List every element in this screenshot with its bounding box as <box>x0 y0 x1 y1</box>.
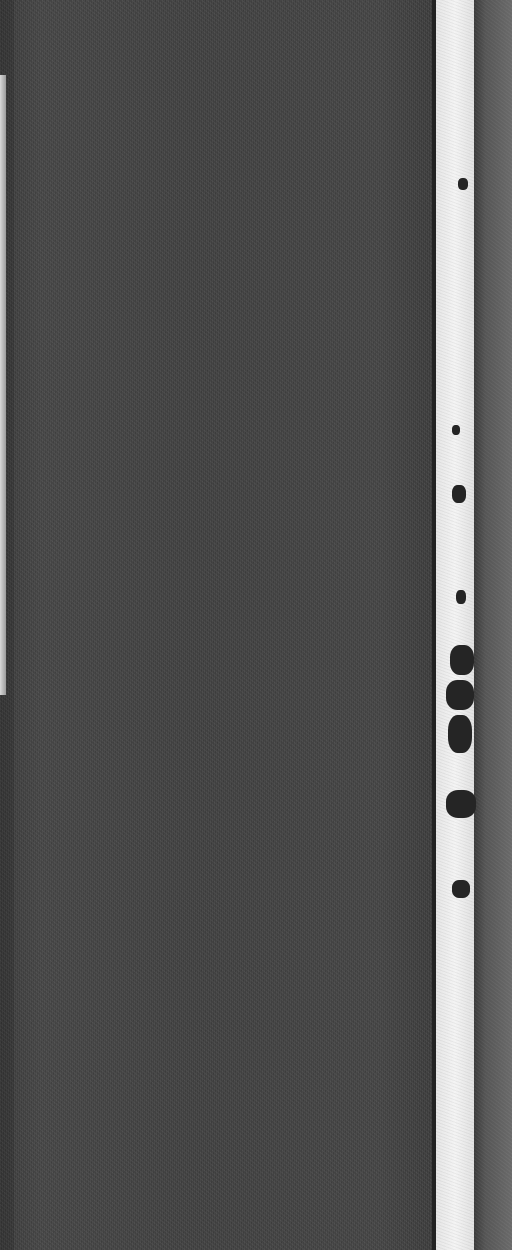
paint-wear-spot <box>446 680 474 710</box>
paint-wear-spot <box>446 790 476 818</box>
paint-wear-spot <box>458 178 468 190</box>
paint-wear-spot <box>450 645 474 675</box>
paint-wear-spot <box>452 485 466 503</box>
paint-wear-spot <box>452 880 470 898</box>
left-lane-marking <box>0 75 6 695</box>
right-lane-marking <box>436 0 474 1250</box>
paint-wear-spot <box>456 590 466 604</box>
road-photo <box>0 0 512 1250</box>
road-shoulder <box>474 0 512 1250</box>
paint-wear-spot <box>448 715 472 753</box>
paint-wear-spot <box>452 425 460 435</box>
